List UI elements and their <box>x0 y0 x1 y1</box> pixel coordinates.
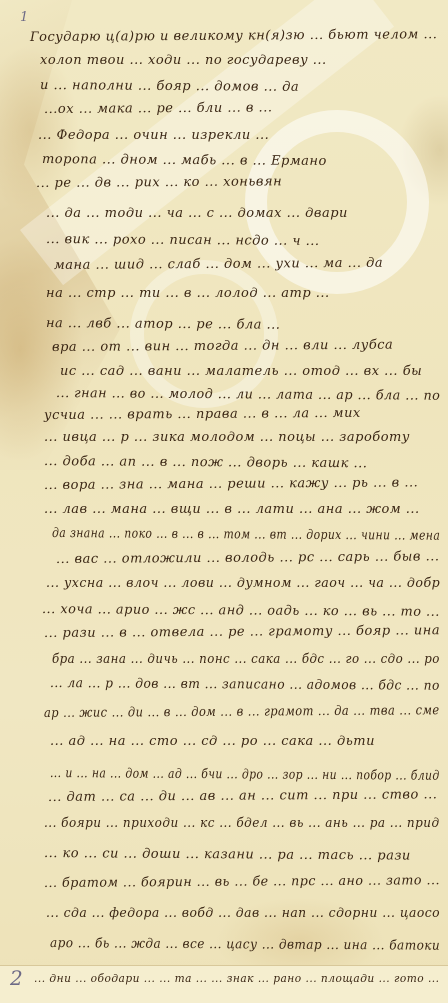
manuscript-line: ... да ... тоди ... ча ... с ... домах .… <box>46 206 348 221</box>
manuscript-line: да знана ... поко ... в ... в ... том ..… <box>52 526 440 544</box>
manuscript-line: на ... лвб ... атор ... ре ... бла ... <box>46 316 281 333</box>
manuscript-page: 1 Государю ц(а)рю и великому кн(я)зю ...… <box>0 0 448 1003</box>
manuscript-line: ... бояри ... приходи ... кс ... бдел ..… <box>44 816 440 831</box>
manuscript-line: ... Федора ... очин ... изрекли ... <box>38 128 269 143</box>
manuscript-line: ... ад ... на ... сто ... сд ... ро ... … <box>50 734 375 749</box>
manuscript-line: ... сда ... федора ... вобд ... дав ... … <box>46 906 440 921</box>
manuscript-line: ... вора ... зна ... мана ... реши ... к… <box>44 475 418 493</box>
manuscript-line: ... гнан ... во ... молод ... ли ... лат… <box>56 386 440 404</box>
folio-number-bottom: 2 <box>10 966 23 990</box>
folio-number-top: 1 <box>20 10 28 25</box>
manuscript-line: ... ухсна ... влоч ... лови ... думном .… <box>46 576 440 591</box>
manuscript-line: бра ... зана ... дичь ... понс ... сака … <box>52 652 440 667</box>
manuscript-line: ... вас ... отложили ... володь ... рс .… <box>56 549 440 567</box>
manuscript-line: мана ... шид ... слаб ... дом ... ухи ..… <box>54 256 383 273</box>
manuscript-line: на ... стр ... ти ... в ... лолод ... ат… <box>46 286 330 301</box>
manuscript-line-bottom: ... дни ... ободари ... ... та ... ... з… <box>34 972 440 985</box>
manuscript-line: ... доба ... ап ... в ... пож ... дворь … <box>44 454 368 471</box>
manuscript-line: усчиа ... ... врать ... права ... в ... … <box>44 406 361 423</box>
manuscript-line: Государю ц(а)рю и великому кн(я)зю ... б… <box>30 27 437 45</box>
manuscript-line: ... и ... на ... дом ... ад ... бчи ... … <box>50 766 440 784</box>
manuscript-line: ...ох ... мака ... ре ... бли ... в ... <box>44 100 273 117</box>
manuscript-line: ... рази ... в ... отвела ... ре ... гра… <box>44 623 440 641</box>
manuscript-line: ... дат ... са ... ди ... ав ... ан ... … <box>48 787 437 805</box>
manuscript-line: ис ... сад ... вани ... малатель ... ото… <box>60 364 422 379</box>
manuscript-line: ... ла ... р ... дов ... вт ... записано… <box>50 676 440 694</box>
manuscript-line: аро ... бь ... жда ... все ... цасу ... … <box>50 936 440 954</box>
manuscript-line: ар ... жис ... ди ... в ... дом ... в ..… <box>44 703 440 721</box>
manuscript-line: ... хоча ... арио ... жс ... анд ... оад… <box>42 602 440 620</box>
manuscript-line: ... братом ... боярин ... вь ... бе ... … <box>44 873 440 891</box>
manuscript-line: ... ивца ... р ... зика молодом ... поцы… <box>44 430 410 445</box>
manuscript-line: вра ... от ... вин ... тогда ... дн ... … <box>52 338 393 355</box>
manuscript-line: холоп твои ... ходи ... по государеву ..… <box>40 53 327 68</box>
manuscript-line: торопа ... дном ... мабь ... в ... Ерман… <box>42 152 327 169</box>
manuscript-line: ... ко ... си ... доши ... казани ... ра… <box>44 846 411 864</box>
manuscript-line: ... ре ... дв ... рих ... ко ... хоньвян <box>36 174 282 191</box>
manuscript-line: и ... наполни ... бояр ... домов ... да <box>40 78 299 95</box>
manuscript-line: ... вик ... рохо ... писан ... нсдо ... … <box>46 232 320 249</box>
manuscript-line: ... лав ... мана ... вщи ... в ... лати … <box>44 502 420 517</box>
